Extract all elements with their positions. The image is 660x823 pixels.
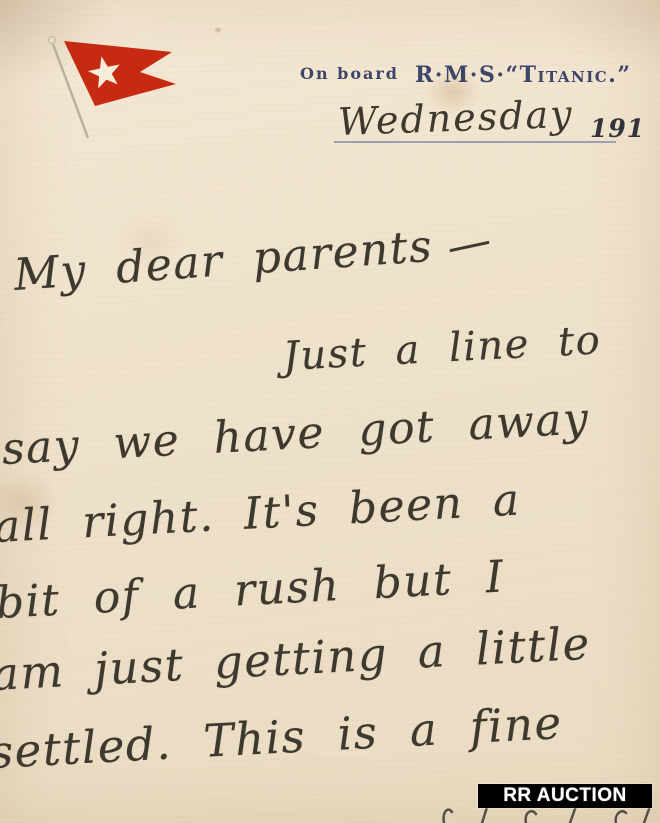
salutation-line: My dear parents— [12,217,494,301]
date-printed-year: 191 [590,114,645,143]
handwriting-line: am just getting a little [0,617,592,701]
flag-body [64,41,176,106]
date-handwritten-day: Wednesday [337,92,574,144]
handwriting-line: Just a line to [282,317,603,380]
salutation-text: My dear parents [12,221,434,301]
salutation-flourish: — [442,214,497,273]
handwriting-line: bit of a rush but I [0,551,506,629]
flag-pole-knob [49,37,56,44]
letterhead-on-board: On board [300,64,399,83]
letterhead-ship-name: R·M·S·“Titanic.” [415,62,632,88]
handwriting-line: settled. This is a fine [0,696,564,779]
letterhead: On boardR·M·S·“Titanic.” [300,62,632,88]
letter-photo: On boardR·M·S·“Titanic.” Wednesday 191 M… [0,0,660,823]
handwriting-line: say we have got away [1,393,591,475]
date-line: Wednesday 191 [330,100,646,186]
auction-watermark: RR AUCTION [478,784,652,808]
white-star-line-flag-icon [40,28,190,148]
handwriting-line: all right. It's been a [0,474,522,553]
